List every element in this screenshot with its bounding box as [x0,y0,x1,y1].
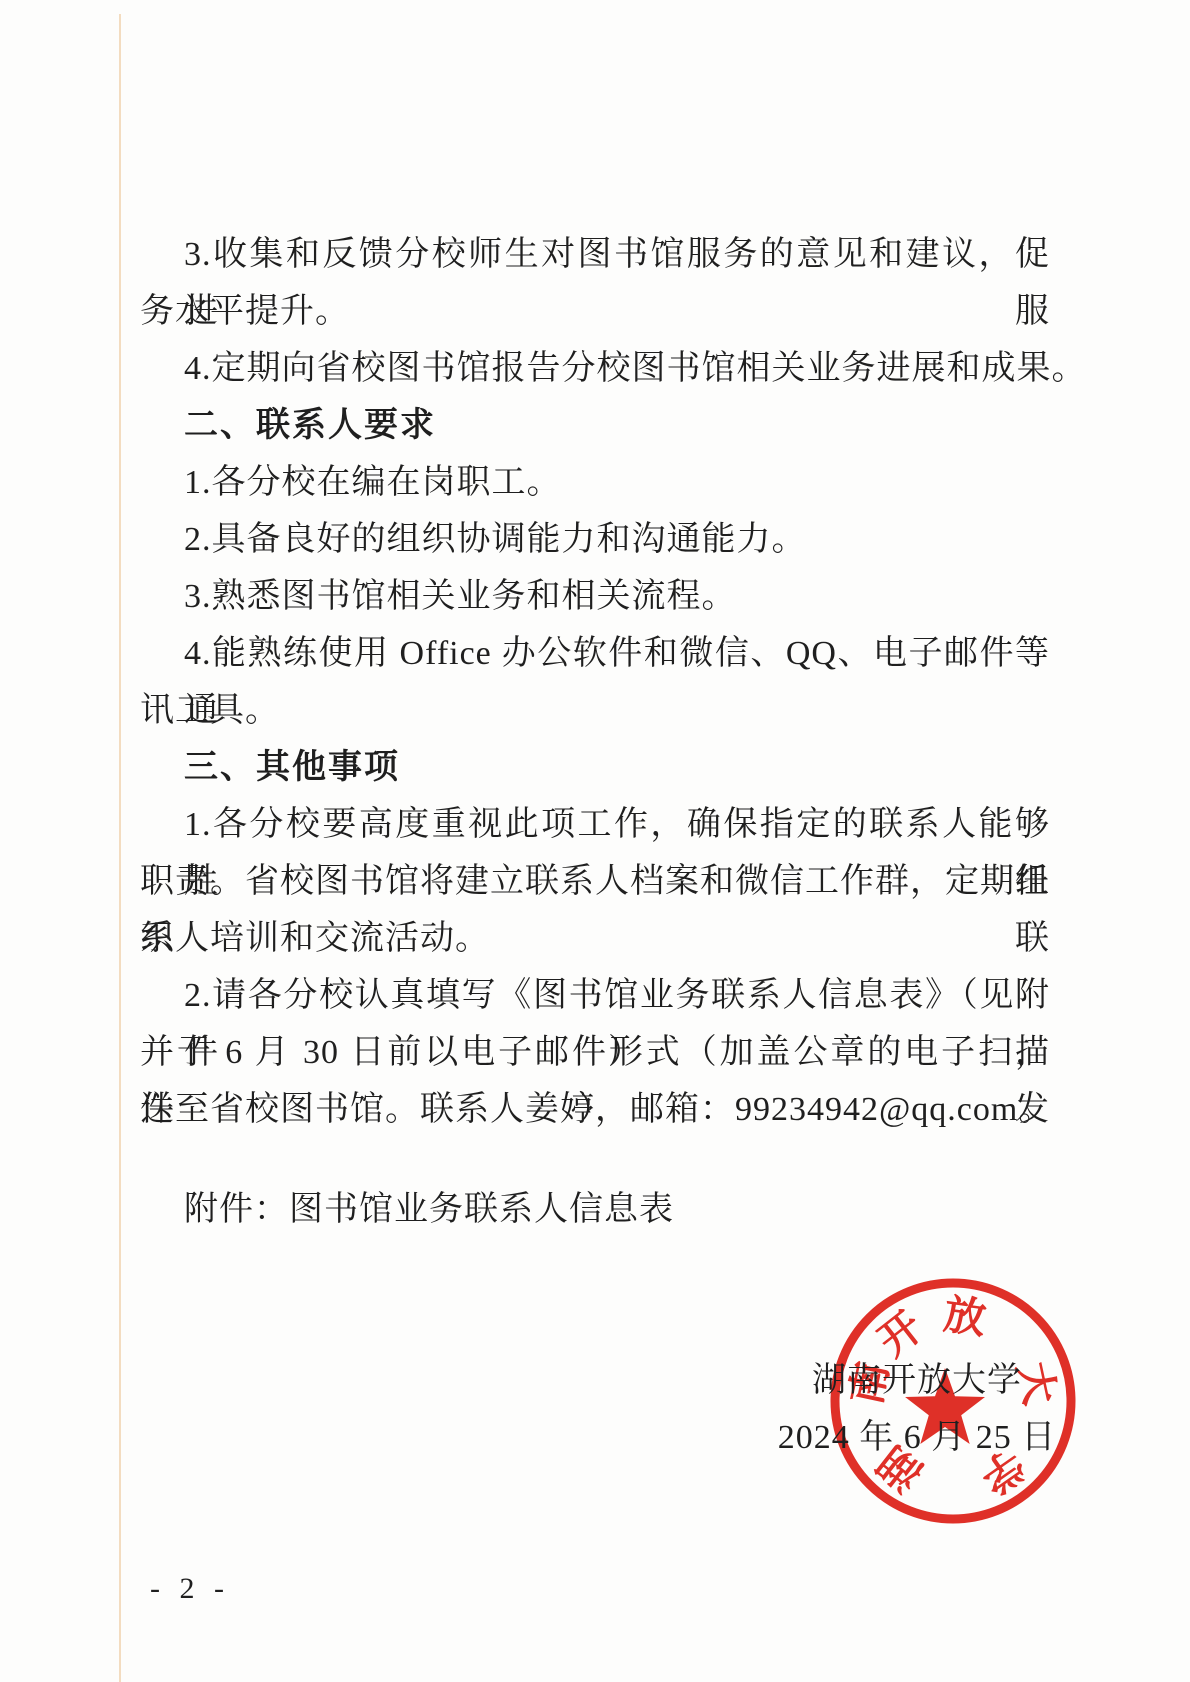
scan-edge-line [119,14,121,1682]
body-line: 4.定期向省校图书馆报告分校图书馆相关业务进展和成果。 [140,340,1050,397]
body-line: 2.具备良好的组织协调能力和沟通能力。 [140,511,1050,568]
body-line: 2.请各分校认真填写《图书馆业务联系人信息表》（见附件）， [140,967,1050,1024]
section-heading-3: 三、其他事项 [140,739,1050,796]
body-line: 4.能熟练使用 Office 办公软件和微信、QQ、电子邮件等通 [140,625,1050,682]
body-line: 讯工具。 [140,682,1050,739]
signature-block: 湖南开放大学 2024 年 6 月 25 日 [767,1352,1067,1466]
seal-char: 放 [941,1290,989,1342]
body-line: 职责。省校图书馆将建立联系人档案和微信工作群，定期组织联 [140,853,1050,910]
body-line: 3.熟悉图书馆相关业务和相关流程。 [140,568,1050,625]
body-line: 3.收集和反馈分校师生对图书馆服务的意见和建议，促进服 [140,226,1050,283]
body-line: 送至省校图书馆。联系人姜婷，邮箱：99234942@qq.com。 [140,1081,1050,1138]
section-heading-2: 二、联系人要求 [140,397,1050,454]
document-body: 3.收集和反馈分校师生对图书馆服务的意见和建议，促进服 务水平提升。 4.定期向… [140,226,1050,1138]
document-page: 3.收集和反馈分校师生对图书馆服务的意见和建议，促进服 务水平提升。 4.定期向… [0,0,1190,1682]
body-line: 1.各分校要高度重视此项工作，确保指定的联系人能够胜任 [140,796,1050,853]
signature-org: 湖南开放大学 [767,1352,1067,1409]
attachment-line: 附件：图书馆业务联系人信息表 [184,1181,1050,1238]
body-line: 并于 6 月 30 日前以电子邮件形式（加盖公章的电子扫描件）发 [140,1024,1050,1081]
body-line: 1.各分校在编在岗职工。 [140,454,1050,511]
page-number: - 2 - [150,1572,230,1606]
signature-date: 2024 年 6 月 25 日 [767,1409,1067,1466]
